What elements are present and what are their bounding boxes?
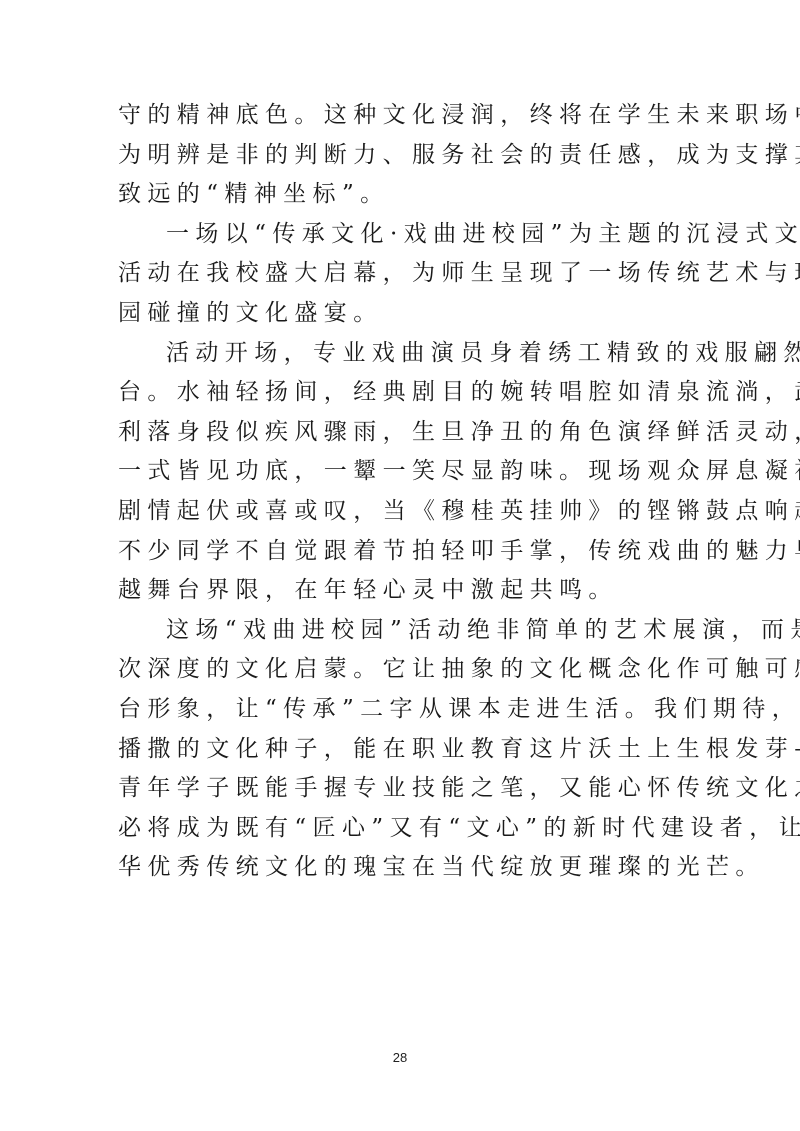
text-line: 致远的“精神坐标”。 bbox=[118, 175, 688, 215]
text-line: 华优秀传统文化的瑰宝在当代绽放更璀璨的光芒。 bbox=[118, 848, 688, 888]
text-line: 利落身段似疾风骤雨，生旦净丑的角色演绎鲜活灵动，一招 bbox=[118, 413, 688, 453]
text-line: 园碰撞的文化盛宴。 bbox=[118, 294, 688, 334]
paragraph: 活动开场，专业戏曲演员身着绣工精致的戏服翩然登 台。水袖轻扬间，经典剧目的婉转唱… bbox=[118, 334, 688, 611]
text-line: 次深度的文化启蒙。它让抽象的文化概念化作可触可感的舞 bbox=[118, 650, 688, 690]
text-line: 台。水袖轻扬间，经典剧目的婉转唱腔如清泉流淌，武戏的 bbox=[118, 373, 688, 413]
text-line: 一式皆见功底，一颦一笑尽显韵味。现场观众屏息凝神，随 bbox=[118, 452, 688, 492]
text-line: 这场“戏曲进校园”活动绝非简单的艺术展演，而是一 bbox=[118, 611, 688, 651]
text-line: 一场以“传承文化·戏曲进校园”为主题的沉浸式文化 bbox=[118, 215, 688, 255]
text-line: 不少同学不自觉跟着节拍轻叩手掌，传统戏曲的魅力早已跨 bbox=[118, 532, 688, 572]
text-line: 守的精神底色。这种文化浸润，终将在学生未来职场中转化 bbox=[118, 96, 688, 136]
text-line: 活动开场，专业戏曲演员身着绣工精致的戏服翩然登 bbox=[118, 334, 688, 374]
paragraph: 这场“戏曲进校园”活动绝非简单的艺术展演，而是一 次深度的文化启蒙。它让抽象的文… bbox=[118, 611, 688, 888]
document-page: 守的精神底色。这种文化浸润，终将在学生未来职场中转化 为明辨是非的判断力、服务社… bbox=[0, 0, 800, 1131]
text-line: 越舞台界限，在年轻心灵中激起共鸣。 bbox=[118, 571, 688, 611]
text-line: 青年学子既能手握专业技能之笔，又能心怀传统文化之魂， bbox=[118, 769, 688, 809]
text-line: 为明辨是非的判断力、服务社会的责任感，成为支撑其行稳 bbox=[118, 136, 688, 176]
text-line: 活动在我校盛大启幕，为师生呈现了一场传统艺术与现代校 bbox=[118, 254, 688, 294]
text-line: 剧情起伏或喜或叹，当《穆桂英挂帅》的铿锵鼓点响起时， bbox=[118, 492, 688, 532]
text-line: 台形象，让“传承”二字从课本走进生活。我们期待，今日 bbox=[118, 690, 688, 730]
text-line: 播撒的文化种子，能在职业教育这片沃土上生根发芽——当 bbox=[118, 730, 688, 770]
paragraph: 一场以“传承文化·戏曲进校园”为主题的沉浸式文化 活动在我校盛大启幕，为师生呈现… bbox=[118, 215, 688, 334]
text-line: 必将成为既有“匠心”又有“文心”的新时代建设者，让中 bbox=[118, 809, 688, 849]
page-number: 28 bbox=[0, 1050, 800, 1065]
article-body: 守的精神底色。这种文化浸润，终将在学生未来职场中转化 为明辨是非的判断力、服务社… bbox=[118, 96, 688, 888]
paragraph: 守的精神底色。这种文化浸润，终将在学生未来职场中转化 为明辨是非的判断力、服务社… bbox=[118, 96, 688, 215]
